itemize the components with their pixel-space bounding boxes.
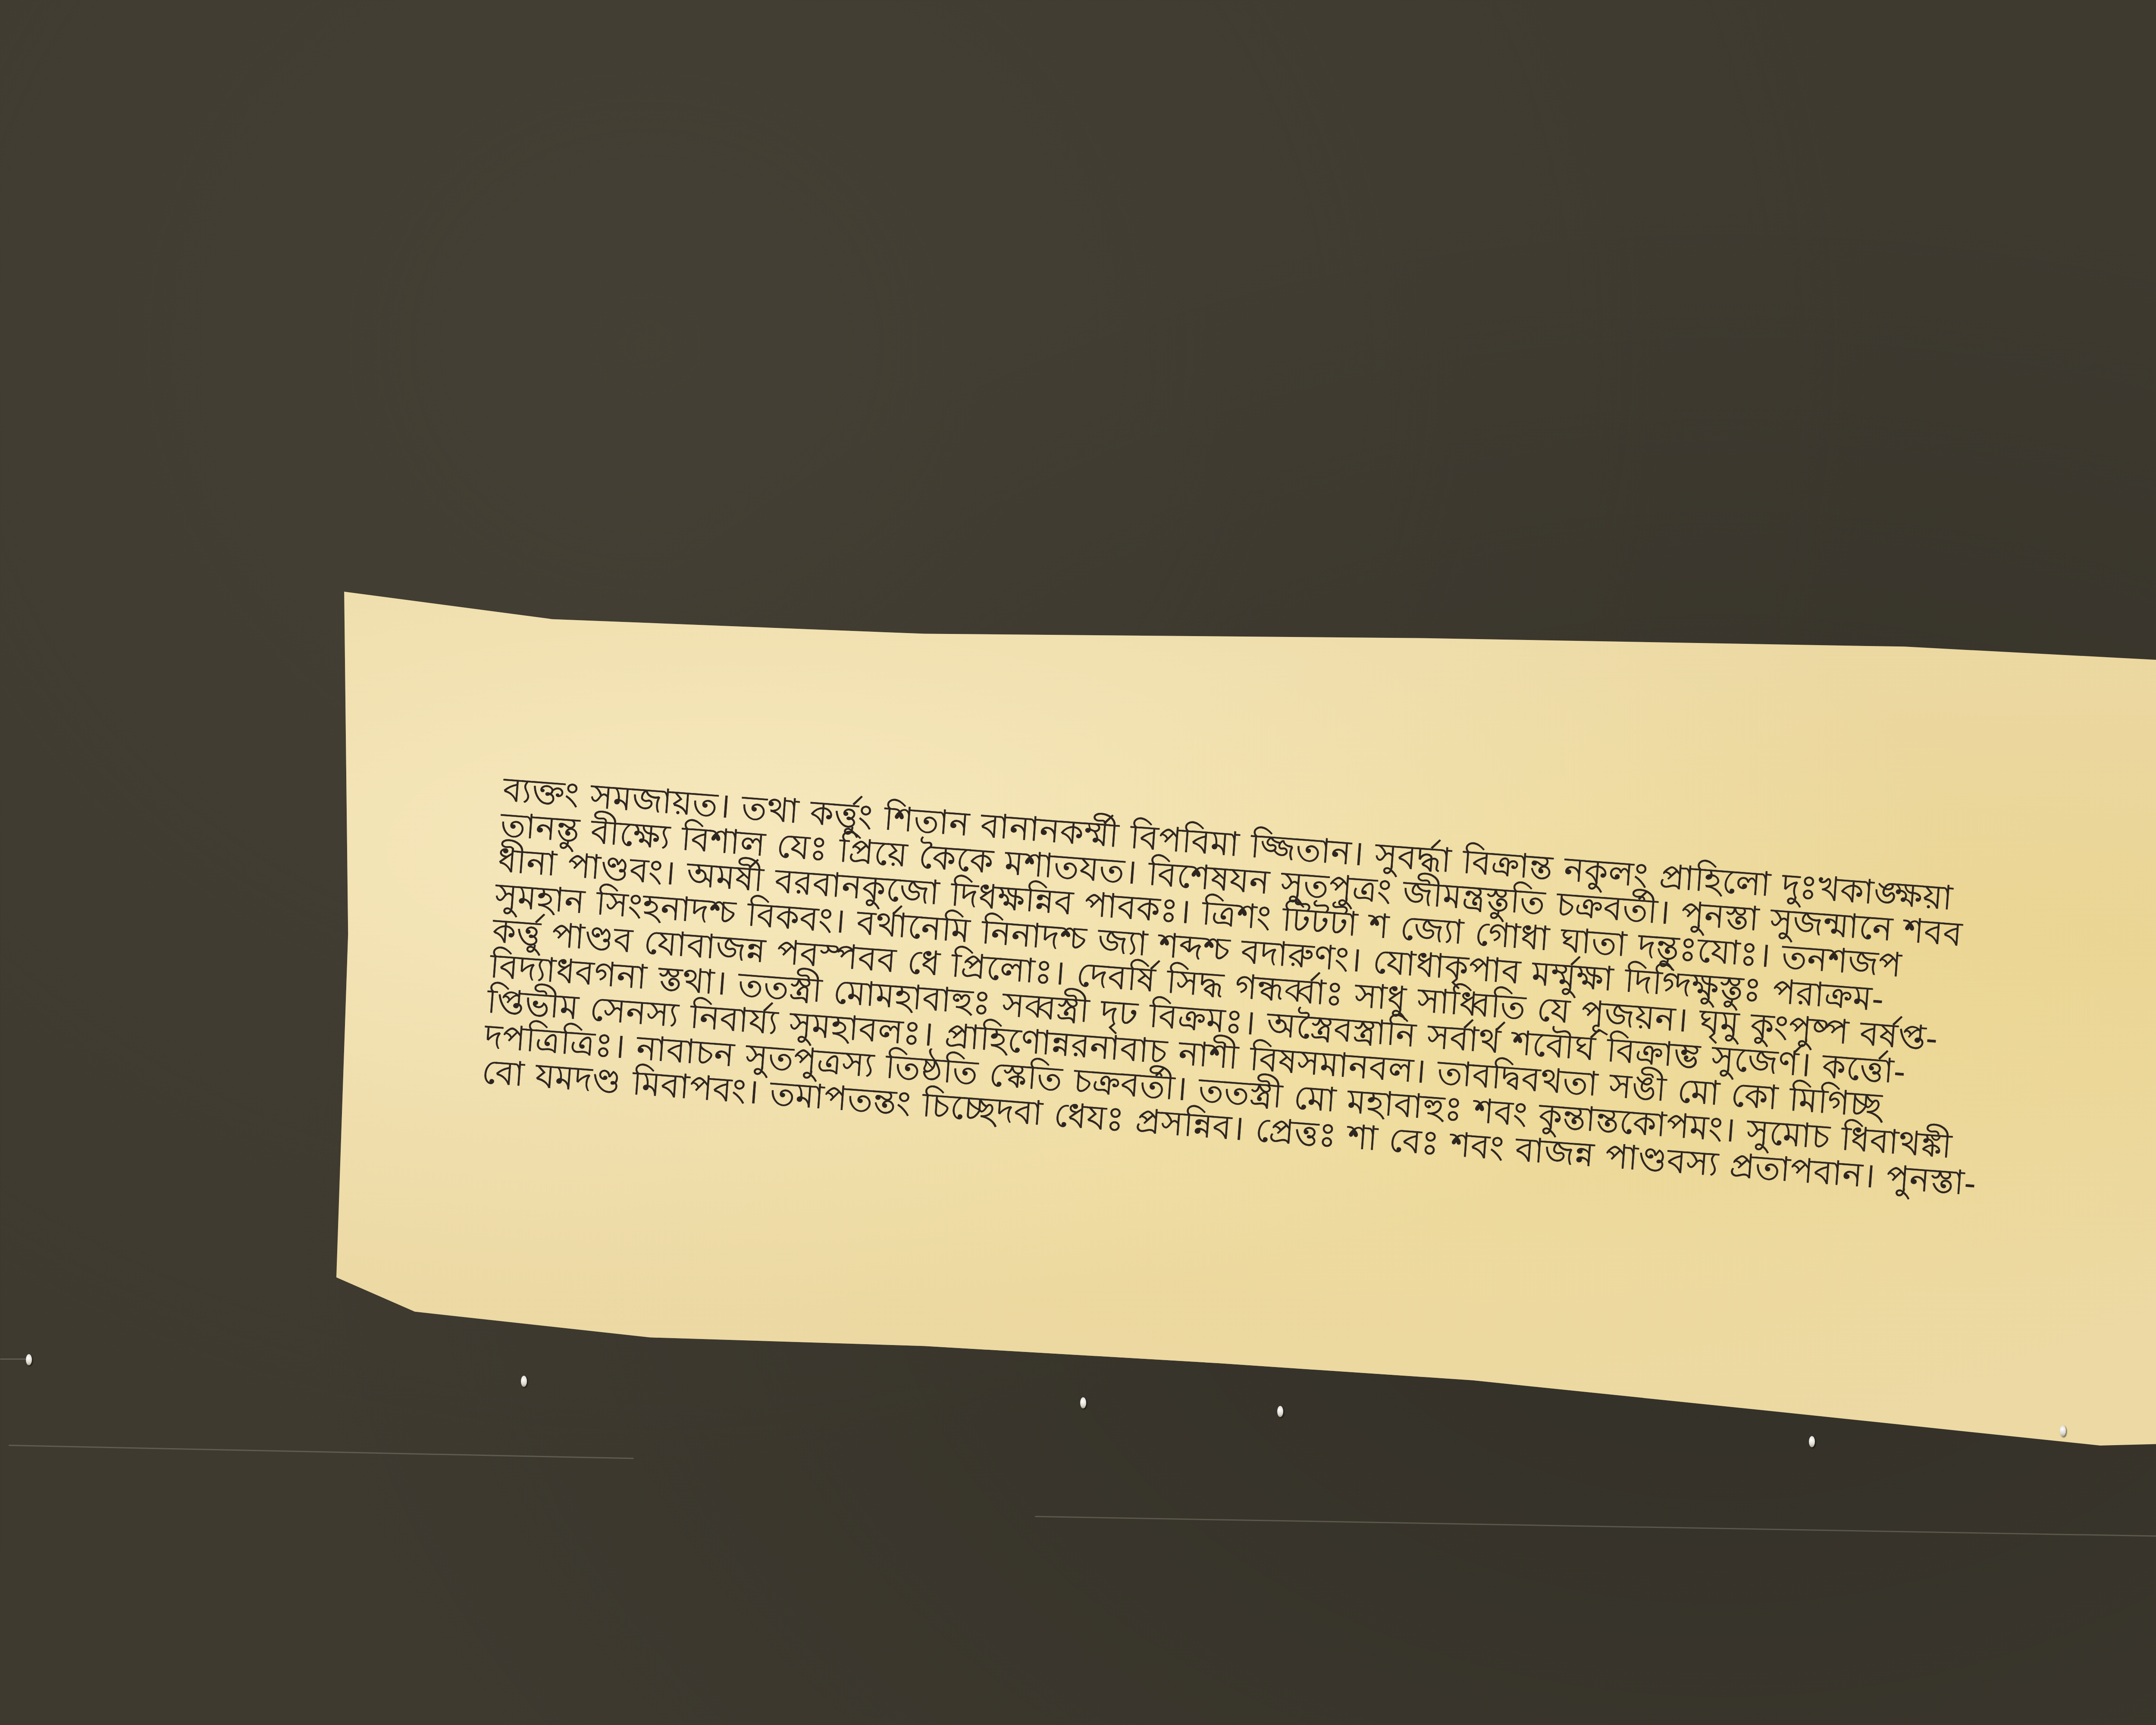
chalk-mark [9, 1445, 634, 1459]
chalk-mark [1035, 1516, 2156, 1537]
pin-icon [26, 1354, 32, 1365]
manuscript-text: ব্যক্তং সমজায়ত। তথা কর্ত্তুং শিতান বানা… [481, 772, 2074, 1207]
felt-background: ব্যক্তং সমজায়ত। তথা কর্ত্তুং শিতান বানা… [0, 0, 2156, 1725]
pin-icon [1277, 1406, 1283, 1417]
pin-icon [1080, 1397, 1086, 1408]
manuscript-leaf: ব্যক্তং সমজায়ত। তথা কর্ত্তুং শিতান বানা… [336, 591, 2156, 1449]
pin-icon [521, 1376, 527, 1387]
pin-icon [2060, 1425, 2066, 1436]
pin-icon [1809, 1436, 1815, 1447]
